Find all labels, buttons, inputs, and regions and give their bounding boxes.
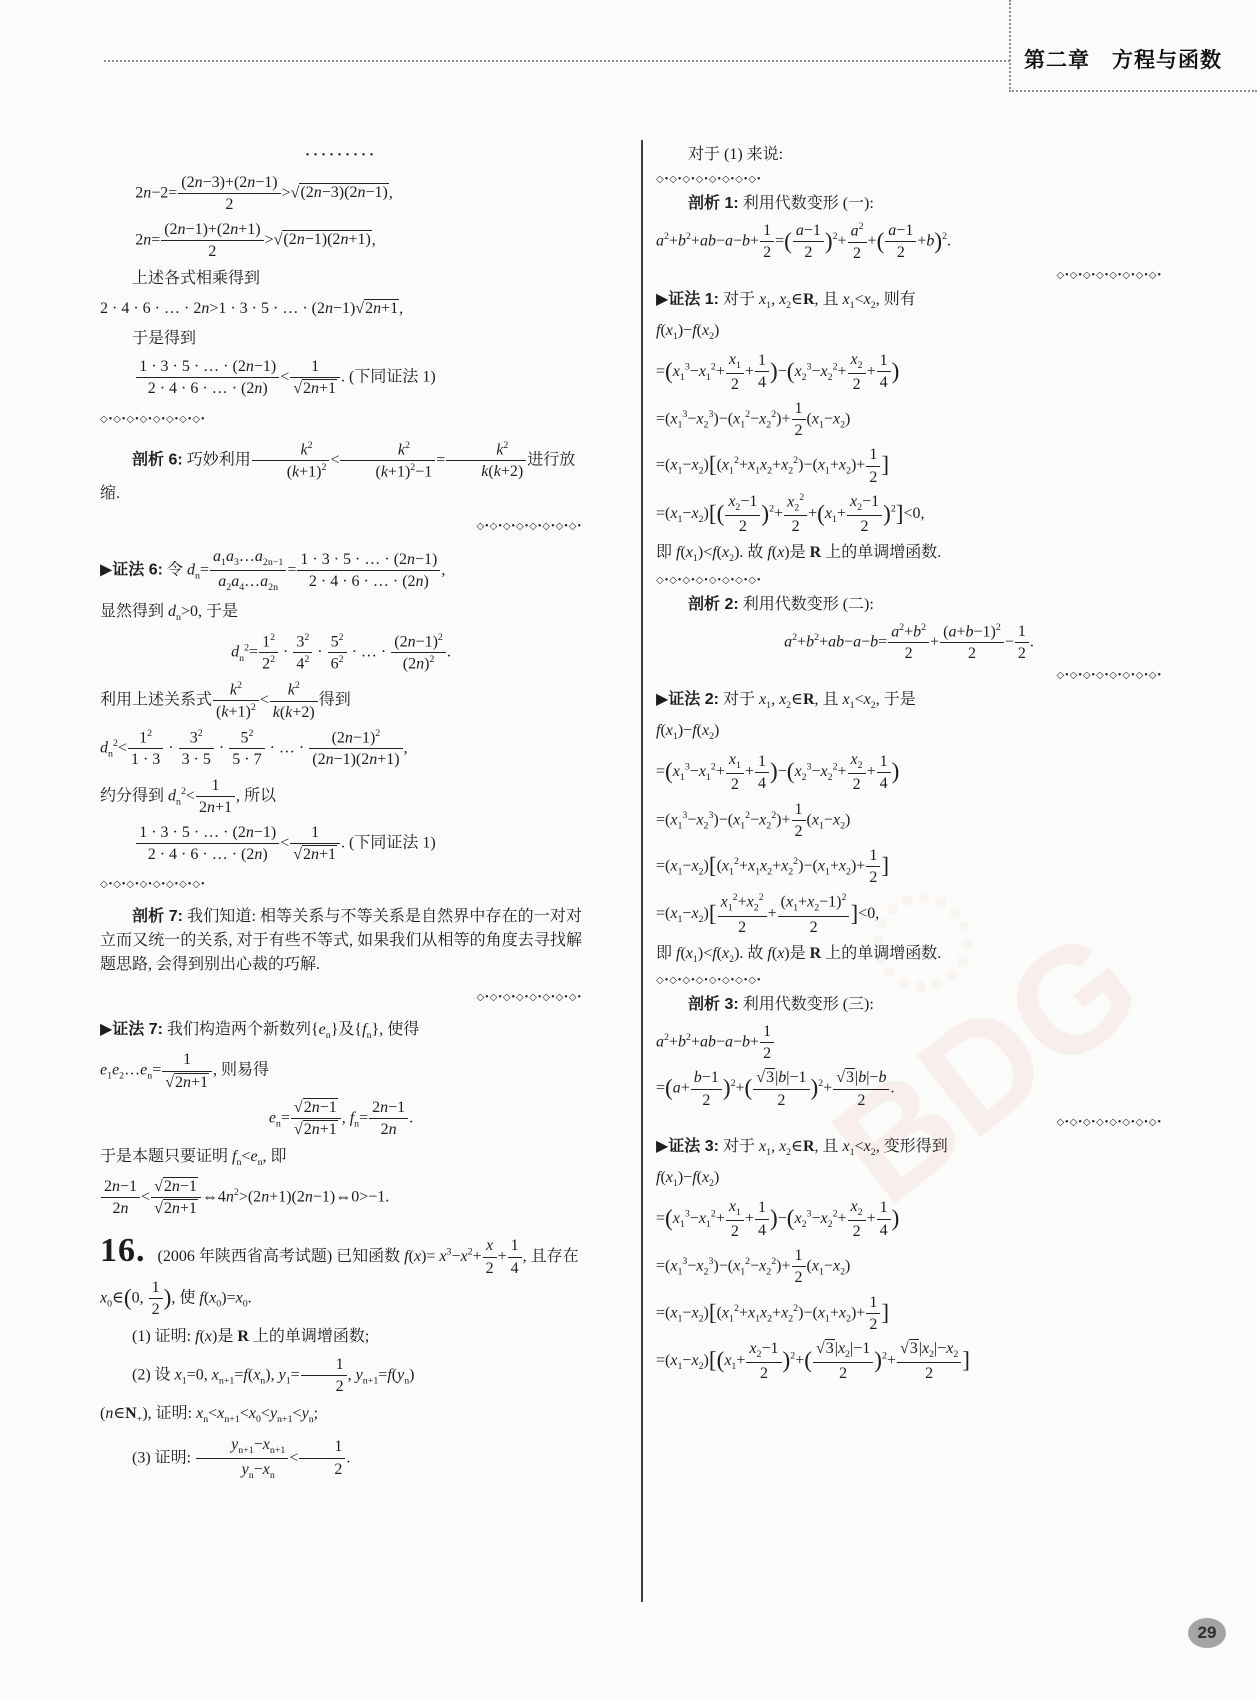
section-divider: ◇•◇•◇•◇•◇•◇•◇•◇• bbox=[656, 1115, 1162, 1130]
content-line: 上述各式相乘得到 bbox=[100, 267, 582, 291]
content-line: f(x1)−f(x2) bbox=[656, 719, 1162, 745]
header-dotted-rule bbox=[104, 60, 1010, 62]
section-divider: ◇•◇•◇•◇•◇•◇•◇•◇• bbox=[100, 990, 582, 1005]
section-divider: ◇•◇•◇•◇•◇•◇•◇•◇• bbox=[100, 519, 582, 534]
content-line: 2n=(2n−1)+(2n+1)2>√(2n−1)(2n+1), bbox=[135, 220, 582, 261]
content-line: 剖析 3: 利用代数变形 (三): bbox=[656, 993, 1162, 1017]
content-line: =(x1−x2)[(x12+x1x2+x22)−(x1+x2)+12] bbox=[656, 1293, 1162, 1334]
content-line: f(x1)−f(x2) bbox=[656, 1166, 1162, 1192]
content-line: =(x13−x12+x12+14)−(x23−x22+x22+14) bbox=[656, 750, 1162, 794]
content-line: 即 f(x1)<f(x2). 故 f(x)是 R 上的单调增函数. bbox=[656, 541, 1162, 567]
textbook-page: 第二章 方程与函数 ◌ BDG ·········2n−2=(2n−3)+(2n… bbox=[0, 0, 1257, 1698]
content-line: f(x1)−f(x2) bbox=[656, 319, 1162, 345]
content-line: a2+b2+ab−a−b+12=(a−12)2+a22+(a−12+b)2. bbox=[656, 221, 1162, 263]
content-line: dn2=1222 · 3242 · 5262 · … · (2n−1)2(2n)… bbox=[100, 632, 582, 674]
content-line: (1) 证明: f(x)是 R 上的单调增函数; bbox=[100, 1325, 582, 1349]
content-line: 1 · 3 · 5 · … · (2n−1)2 · 4 · 6 · … · (2… bbox=[135, 357, 582, 398]
content-line: 于是本题只要证明 fn<en, 即 bbox=[100, 1145, 582, 1171]
content-line: 剖析 2: 利用代数变形 (二): bbox=[656, 593, 1162, 617]
content-line: 剖析 1: 利用代数变形 (一): bbox=[656, 192, 1162, 216]
content-line: (n∈N+), 证明: xn<xn+1<x0<yn+1<yn; bbox=[100, 1402, 582, 1428]
chapter-title: 第二章 方程与函数 bbox=[1024, 44, 1222, 74]
content-line: 即 f(x1)<f(x2). 故 f(x)是 R 上的单调增函数. bbox=[656, 942, 1162, 968]
content-line: =(x1−x2)[(x1+x2−12)2+(√3|x2|−12)2+√3|x2|… bbox=[656, 1339, 1162, 1383]
content-line: (3) 证明: yn+1−xn+1yn−xn<12. bbox=[100, 1435, 582, 1482]
content-line: =(x1−x2)[(x2−12)2+x222+(x1+x2−12)2]<0, bbox=[656, 492, 1162, 537]
page-number-badge: 29 bbox=[1188, 1618, 1226, 1648]
content-line: =(x1−x2)[x12+x222+(x1+x2−1)22]<0, bbox=[656, 892, 1162, 937]
header-dotted-divider bbox=[1009, 0, 1011, 92]
content-line: ········· bbox=[100, 144, 582, 167]
content-line: 2 · 4 · 6 · … · 2n>1 · 3 · 5 · … · (2n−1… bbox=[100, 297, 582, 321]
content-line: ▶证法 7: 我们构造两个新数列{en}及{fn}, 使得 bbox=[100, 1018, 582, 1044]
content-line: 于是得到 bbox=[100, 327, 582, 351]
section-divider: ◇•◇•◇•◇•◇•◇•◇•◇• bbox=[656, 268, 1162, 283]
content-line: 对于 (1) 来说: bbox=[656, 143, 1162, 167]
section-divider: ◇•◇•◇•◇•◇•◇•◇•◇• bbox=[656, 973, 1162, 988]
content-line: a2+b2+ab−a−b=a2+b22+(a+b−1)22−12. bbox=[656, 622, 1162, 664]
section-divider: ◇•◇•◇•◇•◇•◇•◇•◇• bbox=[100, 877, 582, 892]
content-line: =(x13−x23)−(x12−x22)+12(x1−x2) bbox=[656, 399, 1162, 440]
section-divider: ◇•◇•◇•◇•◇•◇•◇•◇• bbox=[100, 412, 582, 427]
content-line: ▶证法 1: 对于 x1, x2∈R, 且 x1<x2, 则有 bbox=[656, 288, 1162, 314]
problem-16: 16.(2006 年陕西省高考试题) 已知函数 f(x)= x3−x2+x2+1… bbox=[100, 1225, 582, 1319]
content-line: ▶证法 6: 令 dn=a1a3…a2n−1a2a4…a2n=1 · 3 · 5… bbox=[100, 547, 582, 594]
content-line: 2n−12n<√2n−1√2n+1⇔4n2>(2n+1)(2n−1)⇔0>−1. bbox=[100, 1177, 582, 1218]
content-line: 利用上述关系式k2(k+1)2<k2k(k+2)得到 bbox=[100, 680, 582, 722]
content-line: 约分得到 dn2<12n+1, 所以 bbox=[100, 776, 582, 817]
column-right: 对于 (1) 来说:◇•◇•◇•◇•◇•◇•◇•◇•剖析 1: 利用代数变形 (… bbox=[656, 138, 1162, 1388]
content-line: =(a+b−12)2+(√3|b|−12)2+√3|b|−b2. bbox=[656, 1068, 1162, 1109]
content-line: 1 · 3 · 5 · … · (2n−1)2 · 4 · 6 · … · (2… bbox=[135, 823, 582, 864]
content-line: =(x1−x2)[(x12+x1x2+x22)−(x1+x2)+12] bbox=[656, 445, 1162, 486]
section-divider: ◇•◇•◇•◇•◇•◇•◇•◇• bbox=[656, 172, 1162, 187]
column-divider-line bbox=[641, 140, 643, 1602]
content-line: 剖析 6: 巧妙利用k2(k+1)2<k2(k+1)2−1=k2k(k+2)进行… bbox=[100, 440, 582, 506]
content-line: =(x13−x12+x12+14)−(x23−x22+x22+14) bbox=[656, 350, 1162, 394]
content-line: 显然得到 dn>0, 于是 bbox=[100, 600, 582, 626]
content-line: =(x13−x23)−(x12−x22)+12(x1−x2) bbox=[656, 800, 1162, 841]
content-line: a2+b2+ab−a−b+12 bbox=[656, 1022, 1162, 1063]
column-left: ·········2n−2=(2n−3)+(2n−1)2>√(2n−3)(2n−… bbox=[100, 138, 582, 1488]
content-line: =(x13−x12+x12+14)−(x23−x22+x22+14) bbox=[656, 1197, 1162, 1241]
content-line: =(x13−x23)−(x12−x22)+12(x1−x2) bbox=[656, 1246, 1162, 1287]
content-line: ▶证法 2: 对于 x1, x2∈R, 且 x1<x2, 于是 bbox=[656, 688, 1162, 714]
section-divider: ◇•◇•◇•◇•◇•◇•◇•◇• bbox=[656, 668, 1162, 683]
content-line: (2) 设 x1=0, xn+1=f(xn), y1=12, yn+1=f(yn… bbox=[100, 1355, 582, 1396]
section-divider: ◇•◇•◇•◇•◇•◇•◇•◇• bbox=[656, 573, 1162, 588]
content-line: =(x1−x2)[(x12+x1x2+x22)−(x1+x2)+12] bbox=[656, 846, 1162, 887]
content-line: en=√2n−1√2n+1, fn=2n−12n. bbox=[100, 1098, 582, 1139]
content-line: dn2<121 · 3 · 323 · 5 · 525 · 7 · … · (2… bbox=[100, 728, 582, 770]
header-dotted-underline bbox=[1009, 90, 1257, 92]
content-line: ▶证法 3: 对于 x1, x2∈R, 且 x1<x2, 变形得到 bbox=[656, 1135, 1162, 1161]
content-line: 2n−2=(2n−3)+(2n−1)2>√(2n−3)(2n−1), bbox=[135, 173, 582, 214]
content-line: e1e2…en=1√2n+1, 则易得 bbox=[100, 1050, 582, 1091]
content-line: 剖析 7: 我们知道: 相等关系与不等关系是自然界中存在的一对对立而又统一的关系… bbox=[100, 905, 582, 977]
